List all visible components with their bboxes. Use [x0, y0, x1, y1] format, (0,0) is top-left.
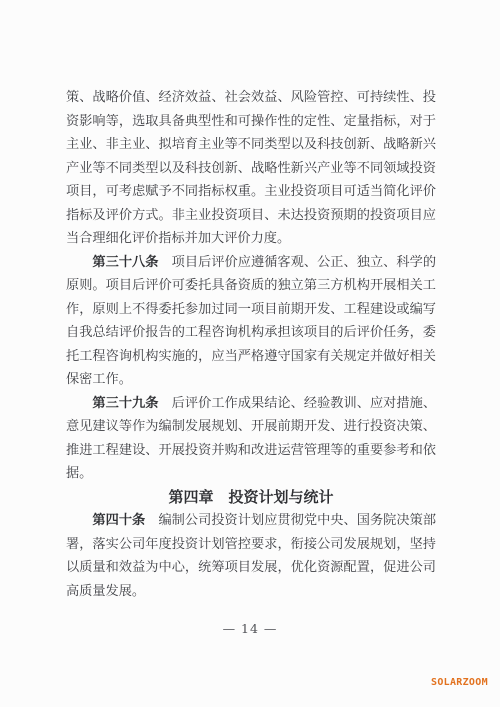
paragraph-article-40: 第四十条编制公司投资计划应贯彻党中央、国务院决策部署，落实公司年度投资计划管控要…: [66, 509, 436, 603]
article-40-number: 第四十条: [92, 513, 145, 528]
document-page: 策、战略价值、经济效益、社会效益、风险管控、可持续性、投资影响等，选取具备典型性…: [0, 0, 500, 707]
solarzoom-watermark: SOLARZOOM: [431, 677, 488, 688]
chapter-number: 第四章: [168, 488, 213, 506]
article-39-number: 第三十九条: [92, 396, 158, 411]
page-number: — 14 —: [0, 620, 500, 637]
article-38-text: 项目后评价应遵循客观、公正、独立、科学的原则。项目后评价可委托具备资质的独立第三…: [66, 255, 436, 388]
paragraph-article-39: 第三十九条后评价工作成果结论、经验教训、应对措施、意见建议等作为编制发展规划、开…: [66, 392, 436, 486]
article-38-number: 第三十八条: [92, 255, 158, 270]
chapter-title: 投资计划与统计: [229, 488, 334, 506]
paragraph-continuation: 策、战略价值、经济效益、社会效益、风险管控、可持续性、投资影响等，选取具备典型性…: [66, 86, 436, 251]
paragraph-article-38: 第三十八条项目后评价应遵循客观、公正、独立、科学的原则。项目后评价可委托具备资质…: [66, 251, 436, 392]
chapter-heading: 第四章投资计划与统计: [66, 486, 436, 510]
document-body: 策、战略价值、经济效益、社会效益、风险管控、可持续性、投资影响等，选取具备典型性…: [66, 86, 436, 603]
